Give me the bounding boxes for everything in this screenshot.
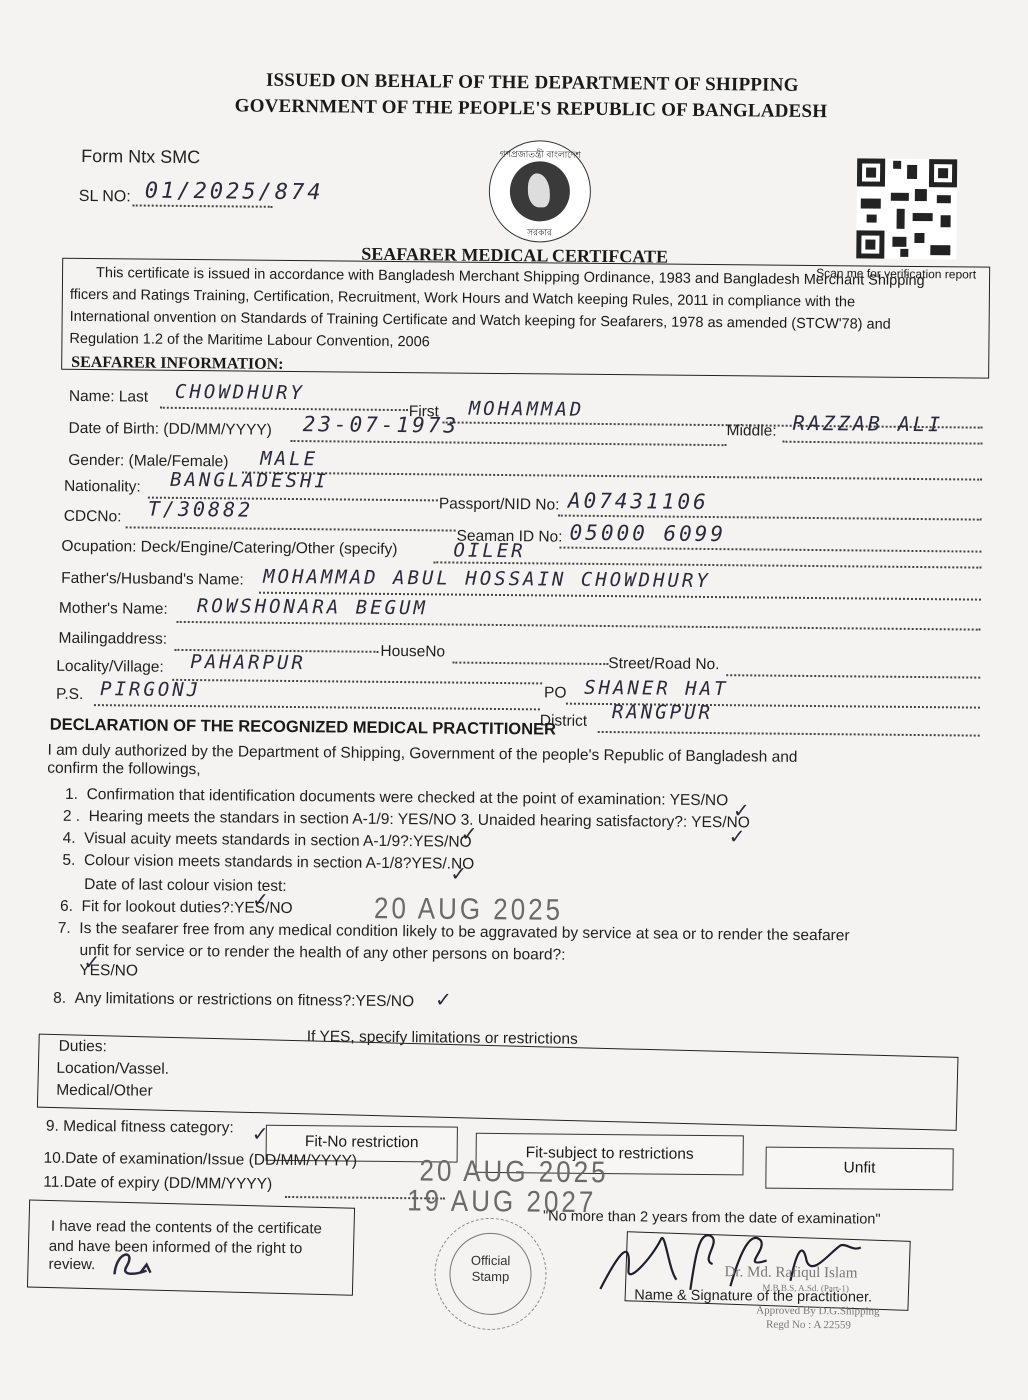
declaration-item-4: 4. Visual acuity meets standards in sect… (63, 830, 472, 852)
declaration-item-8: 8. Any limitations or restrictions on fi… (53, 990, 414, 1011)
certificate-page: ISSUED ON BEHALF OF THE DEPARTMENT OF SH… (0, 0, 1028, 1400)
cdc-field[interactable]: T/30882 (148, 497, 254, 522)
nationality-label: Nationality: (64, 478, 141, 497)
sl-no-value: 01/2025/874 (145, 179, 324, 206)
declaration-item-7: 7. Is the seafarer free from any medical… (58, 920, 850, 946)
po-label: PO (544, 684, 567, 702)
stamp-line-1: Official (471, 1253, 511, 1268)
restriction-medical: Medical/Other (56, 1082, 153, 1101)
declaration-heading: DECLARATION OF THE RECOGNIZED MEDICAL PR… (50, 716, 556, 740)
check-icon-item-7[interactable]: ✓ (83, 950, 100, 975)
practitioner-name: Dr. Md. Rafiqul Islam (724, 1264, 857, 1282)
occupation-label: Ocupation: Deck/Engine/Catering/Other (s… (61, 538, 397, 559)
father-name-field[interactable]: MOHAMMAD ABUL HOSSAIN CHOWDHURY (263, 566, 711, 592)
district-field[interactable]: RANGPUR (612, 701, 713, 724)
last-name-label: Name: Last (69, 388, 148, 407)
restriction-location: Location/Vassel. (56, 1060, 169, 1079)
practitioner-regd-no: Regd No : A 22559 (766, 1319, 851, 1332)
official-stamp-icon: OfficialStamp (434, 1217, 547, 1330)
fitness-category-label: 9. Medical fitness category: (46, 1118, 234, 1138)
po-field[interactable]: SHANER HAT (584, 677, 729, 700)
seafarer-signature-icon (106, 1244, 176, 1285)
passport-field[interactable]: A07431106 (568, 489, 709, 514)
header-line-2: GOVERNMENT OF THE PEOPLE'S REPUBLIC OF B… (235, 95, 828, 123)
declaration-item-2: 2 . Hearing meets the standars in sectio… (63, 808, 750, 833)
stamp-line-2: Stamp (472, 1269, 510, 1284)
seafarer-heading: SEAFARER INFORMATION: (71, 354, 283, 374)
expiry-date-label: 11.Date of expiry (DD/MM/YYYY) (43, 1174, 272, 1194)
dob-label: Date of Birth: (DD/MM/YYYY) (68, 420, 271, 440)
declaration-item-5: 5. Colour vision meets standards in sect… (62, 852, 474, 874)
header-line-1: ISSUED ON BEHALF OF THE DEPARTMENT OF SH… (266, 70, 799, 97)
passport-label: Passport/NID No: (439, 495, 560, 514)
cdc-label: CDCNo: (64, 508, 122, 527)
sl-no-dots (133, 204, 273, 207)
mother-name-label: Mother's Name: (59, 600, 168, 619)
unfit-option[interactable]: Unfit (765, 1147, 953, 1191)
practitioner-approval: Approved By D.G.Shipping (756, 1304, 880, 1317)
seaman-id-field[interactable]: 05000 6099 (569, 521, 726, 547)
middle-name-field[interactable]: RAZZAB ALI (793, 411, 944, 436)
declaration-item-1: 1. Confirmation that identification docu… (65, 786, 728, 810)
mailing-address-label: Mailingaddress: (58, 630, 167, 649)
seal-bottom-text: সরকার (489, 225, 589, 241)
declaration-item-7-cont: unfit for service or to render the healt… (79, 942, 565, 965)
restriction-duties: Duties: (59, 1038, 107, 1056)
check-icon-item-8[interactable]: ✓ (435, 987, 452, 1012)
check-icon-item-5[interactable]: ✓ (450, 862, 467, 887)
qr-code-icon[interactable] (856, 158, 957, 259)
check-icon-item-6[interactable]: ✓ (252, 888, 269, 913)
ps-label: P.S. (56, 686, 83, 704)
street-label: Street/Road No. (608, 655, 719, 674)
declaration-intro-2: confirm the followings, (47, 760, 201, 779)
gender-field[interactable]: MALE (260, 448, 318, 471)
middle-name-label: Middle: (727, 422, 777, 440)
government-seal-icon: গণপ্রজাতন্ত্রী বাংলাদেশ সরকার (488, 140, 591, 243)
form-id: Form Ntx SMC (81, 146, 200, 168)
ps-field[interactable]: PIRGONJ (100, 678, 201, 701)
practitioner-caption: Name & Signature of the practitioner. (634, 1287, 872, 1305)
restrictions-box[interactable] (37, 1034, 959, 1131)
first-name-field[interactable]: MOHAMMAD (469, 398, 585, 421)
dob-field[interactable]: 23-07-1973 (303, 412, 460, 438)
exam-date-label: 10.Date of examination/Issue (DD/MM/YYYY… (43, 1150, 357, 1171)
check-icon-item-3[interactable]: ✓ (729, 824, 746, 849)
bangladesh-map-icon (528, 173, 550, 207)
intro-line-4: Regulation 1.2 of the Maritime Labour Co… (69, 328, 430, 353)
acknowledgement-line-1: I have read the contents of the certific… (51, 1218, 322, 1238)
acknowledgement-line-3: review. (48, 1256, 95, 1273)
sl-no-label: SL NO: (79, 188, 131, 206)
house-no-label: HouseNo (380, 643, 445, 662)
locality-label: Locality/Village: (56, 658, 164, 677)
locality-field[interactable]: PAHARPUR (190, 651, 306, 674)
mother-name-field[interactable]: ROWSHONARA BEGUM (197, 595, 428, 619)
nationality-field[interactable]: BANGLADESHI (170, 469, 329, 493)
last-name-field[interactable]: CHOWDHURY (175, 381, 305, 404)
father-name-label: Father's/Husband's Name: (61, 570, 244, 590)
occupation-field[interactable]: OILER (453, 540, 525, 563)
